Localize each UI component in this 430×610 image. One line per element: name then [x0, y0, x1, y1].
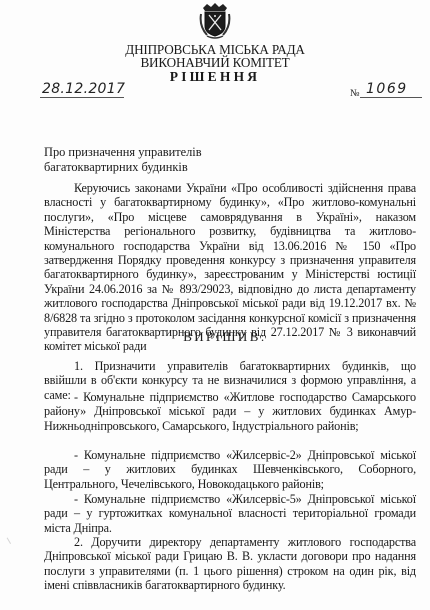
coat-of-arms-icon [199, 2, 231, 40]
decided-heading: ВИРІШИВ: [0, 329, 430, 345]
bullet-zhylservis-5: - Комунальне підприємство «Жилсервіс-5» … [44, 492, 416, 535]
subject-line-1: Про призначення управителів [44, 145, 202, 160]
document-page: ДНІПРОВСЬКА МІСЬКА РАДА ВИКОНАВЧИЙ КОМІТ… [0, 0, 430, 610]
number-label: № [350, 88, 360, 99]
scan-mark [7, 535, 16, 544]
bullet-zhylservis-2: - Комунальне підприємство «Жилсервіс-2» … [44, 448, 416, 491]
bullet-zhytlove-hospodarstvo: - Комунальне підприємство «Житлове госпо… [44, 390, 416, 433]
decision-number: 1069 [360, 81, 422, 98]
subject-heading: Про призначення управителів багатокварти… [44, 145, 202, 174]
subject-line-2: багатоквартирних будинків [44, 160, 202, 175]
committee-name: ВИКОНАВЧИЙ КОМІТЕТ [0, 56, 430, 70]
item-2-paragraph: 2. Доручити директору департаменту житло… [44, 535, 416, 593]
preamble-paragraph: Керуючись законами України «Про особливо… [44, 181, 416, 354]
decision-date: 28.12.2017 [40, 81, 124, 98]
